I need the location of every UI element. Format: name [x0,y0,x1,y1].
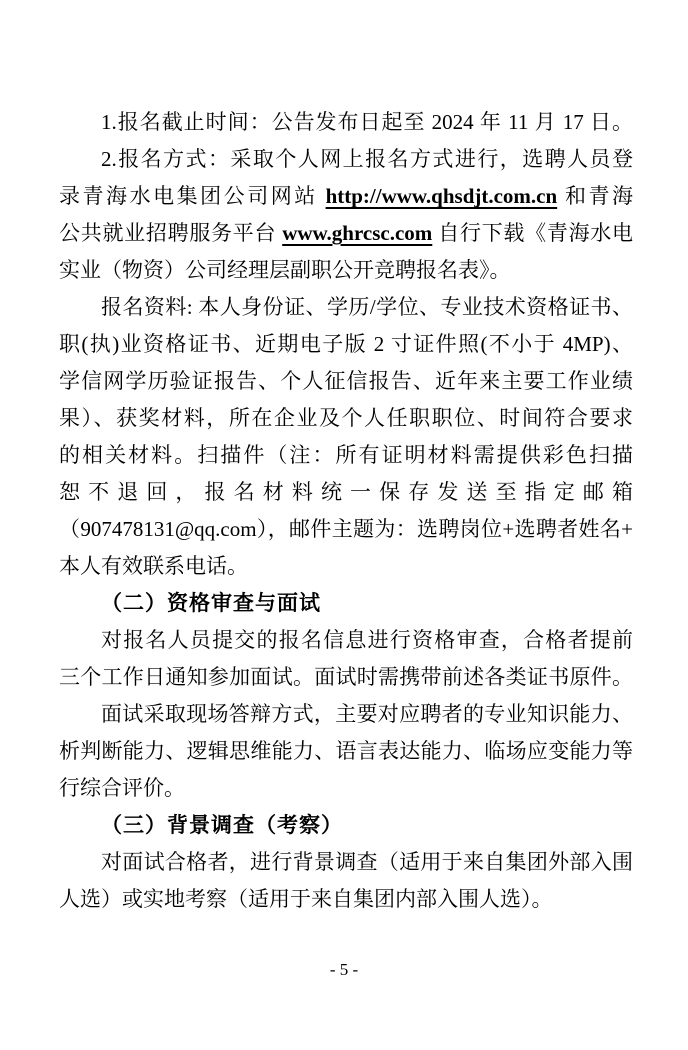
paragraph-method-line-4: 实业（物资）公司经理层副职公开竞聘报名表》。 [59,252,633,289]
paragraph-method-line-1: 2.报名方式：采取个人网上报名方式进行，选聘人员登 [59,141,633,178]
paragraph-materials-line-6: 恕不退回，报名材料统一保存发送至指定邮箱 [59,474,633,511]
paragraph-method-line-3: 公共就业招聘服务平台 www.ghrcsc.com 自行下载《青海水电 [59,215,633,252]
line-text: 自行下载《青海水电 [432,221,633,245]
document-page: 1.报名截止时间：公告发布日起至 2024 年 11 月 17 日。 2.报名方… [0,0,688,1050]
section-heading-background-check: （三）背景调查（考察） [59,807,633,844]
paragraph-materials-line-2: 职(执)业资格证书、近期电子版 2 寸证件照(不小于 4MP)、 [59,326,633,363]
line-text: 和青海 [557,184,633,208]
line-text: 公共就业招聘服务平台 [59,221,282,245]
paragraph-interview-line-1: 面试采取现场答辩方式，主要对应聘者的专业知识能力、分 [59,696,633,733]
paragraph-materials-line-3: 学信网学历验证报告、个人征信报告、近年来主要工作业绩（成 [59,363,633,400]
page-footer: - 5 - [0,958,688,982]
paragraph-review-line-1: 对报名人员提交的报名信息进行资格审查，合格者提前 [59,622,633,659]
page-number: - 5 - [330,960,358,979]
paragraph-deadline-line: 1.报名截止时间：公告发布日起至 2024 年 11 月 17 日。 [59,104,633,141]
paragraph-interview-line-2: 析判断能力、逻辑思维能力、语言表达能力、临场应变能力等进 [59,733,633,770]
paragraph-materials-line-7: （907478131@qq.com），邮件主题为：选聘岗位+选聘者姓名+ [59,511,633,548]
paragraph-method-line-2: 录青海水电集团公司网站 http://www.qhsdjt.com.cn 和青海 [59,178,633,215]
qhsdjt-website-link[interactable]: http://www.qhsdjt.com.cn [326,184,558,208]
paragraph-materials-line-8: 本人有效联系电话。 [59,548,633,585]
line-text: 录青海水电集团公司网站 [59,184,326,208]
paragraph-materials-line-5: 的相关材料。扫描件（注：所有证明材料需提供彩色扫描件）， [59,437,633,474]
paragraph-background-line-2: 人选）或实地考察（适用于来自集团内部入围人选）。 [59,881,633,918]
paragraph-materials-line-4: 果）、获奖材料，所在企业及个人任职职位、时间符合要求 [59,400,633,437]
section-heading-qualification-interview: （二）资格审查与面试 [59,585,633,622]
paragraph-materials-line-1: 报名资料: 本人身份证、学历/学位、专业技术资格证书、 [59,289,633,326]
document-content: 1.报名截止时间：公告发布日起至 2024 年 11 月 17 日。 2.报名方… [59,104,633,918]
paragraph-interview-line-3: 行综合评价。 [59,770,633,807]
paragraph-background-line-1: 对面试合格者，进行背景调查（适用于来自集团外部入围 [59,844,633,881]
ghrcsc-website-link[interactable]: www.ghrcsc.com [282,221,432,245]
paragraph-review-line-2: 三个工作日通知参加面试。面试时需携带前述各类证书原件。 [59,659,633,696]
